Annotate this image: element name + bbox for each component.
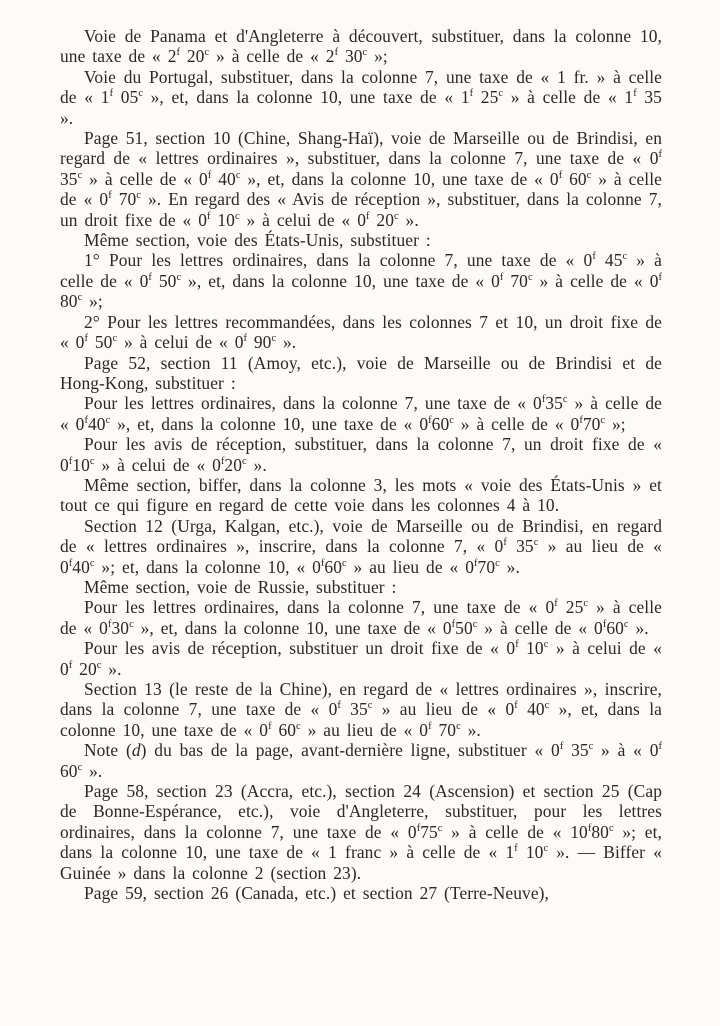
paragraph: Voie de Panama et d'Angleterre à découve…: [60, 26, 662, 67]
paragraph: 1° Pour les lettres ordinaires, dans la …: [60, 250, 662, 311]
paragraph: Voie du Portugal, substituer, dans la co…: [60, 67, 662, 128]
document-page: Voie de Panama et d'Angleterre à découve…: [0, 0, 720, 1026]
paragraph: Même section, voie des États-Unis, subst…: [60, 230, 662, 250]
paragraph: Pour les lettres ordinaires, dans la col…: [60, 393, 662, 434]
paragraph: Page 52, section 11 (Amoy, etc.), voie d…: [60, 353, 662, 394]
paragraph: 2° Pour les lettres recommandées, dans l…: [60, 312, 662, 353]
paragraph: Page 59, section 26 (Canada, etc.) et se…: [60, 883, 662, 903]
paragraph: Pour les lettres ordinaires, dans la col…: [60, 597, 662, 638]
paragraph: Section 13 (le reste de la Chine), en re…: [60, 679, 662, 740]
paragraph: Même section, biffer, dans la colonne 3,…: [60, 475, 662, 516]
paragraph: Note (d) du bas de la page, avant-derniè…: [60, 740, 662, 781]
paragraph: Section 12 (Urga, Kalgan, etc.), voie de…: [60, 516, 662, 577]
paragraph: Pour les avis de réception, substituer u…: [60, 638, 662, 679]
paragraph: Pour les avis de réception, substituer, …: [60, 434, 662, 475]
paragraph: Page 58, section 23 (Accra, etc.), secti…: [60, 781, 662, 883]
paragraph: Même section, voie de Russie, substituer…: [60, 577, 662, 597]
paragraph: Page 51, section 10 (Chine, Shang-Haï), …: [60, 128, 662, 230]
